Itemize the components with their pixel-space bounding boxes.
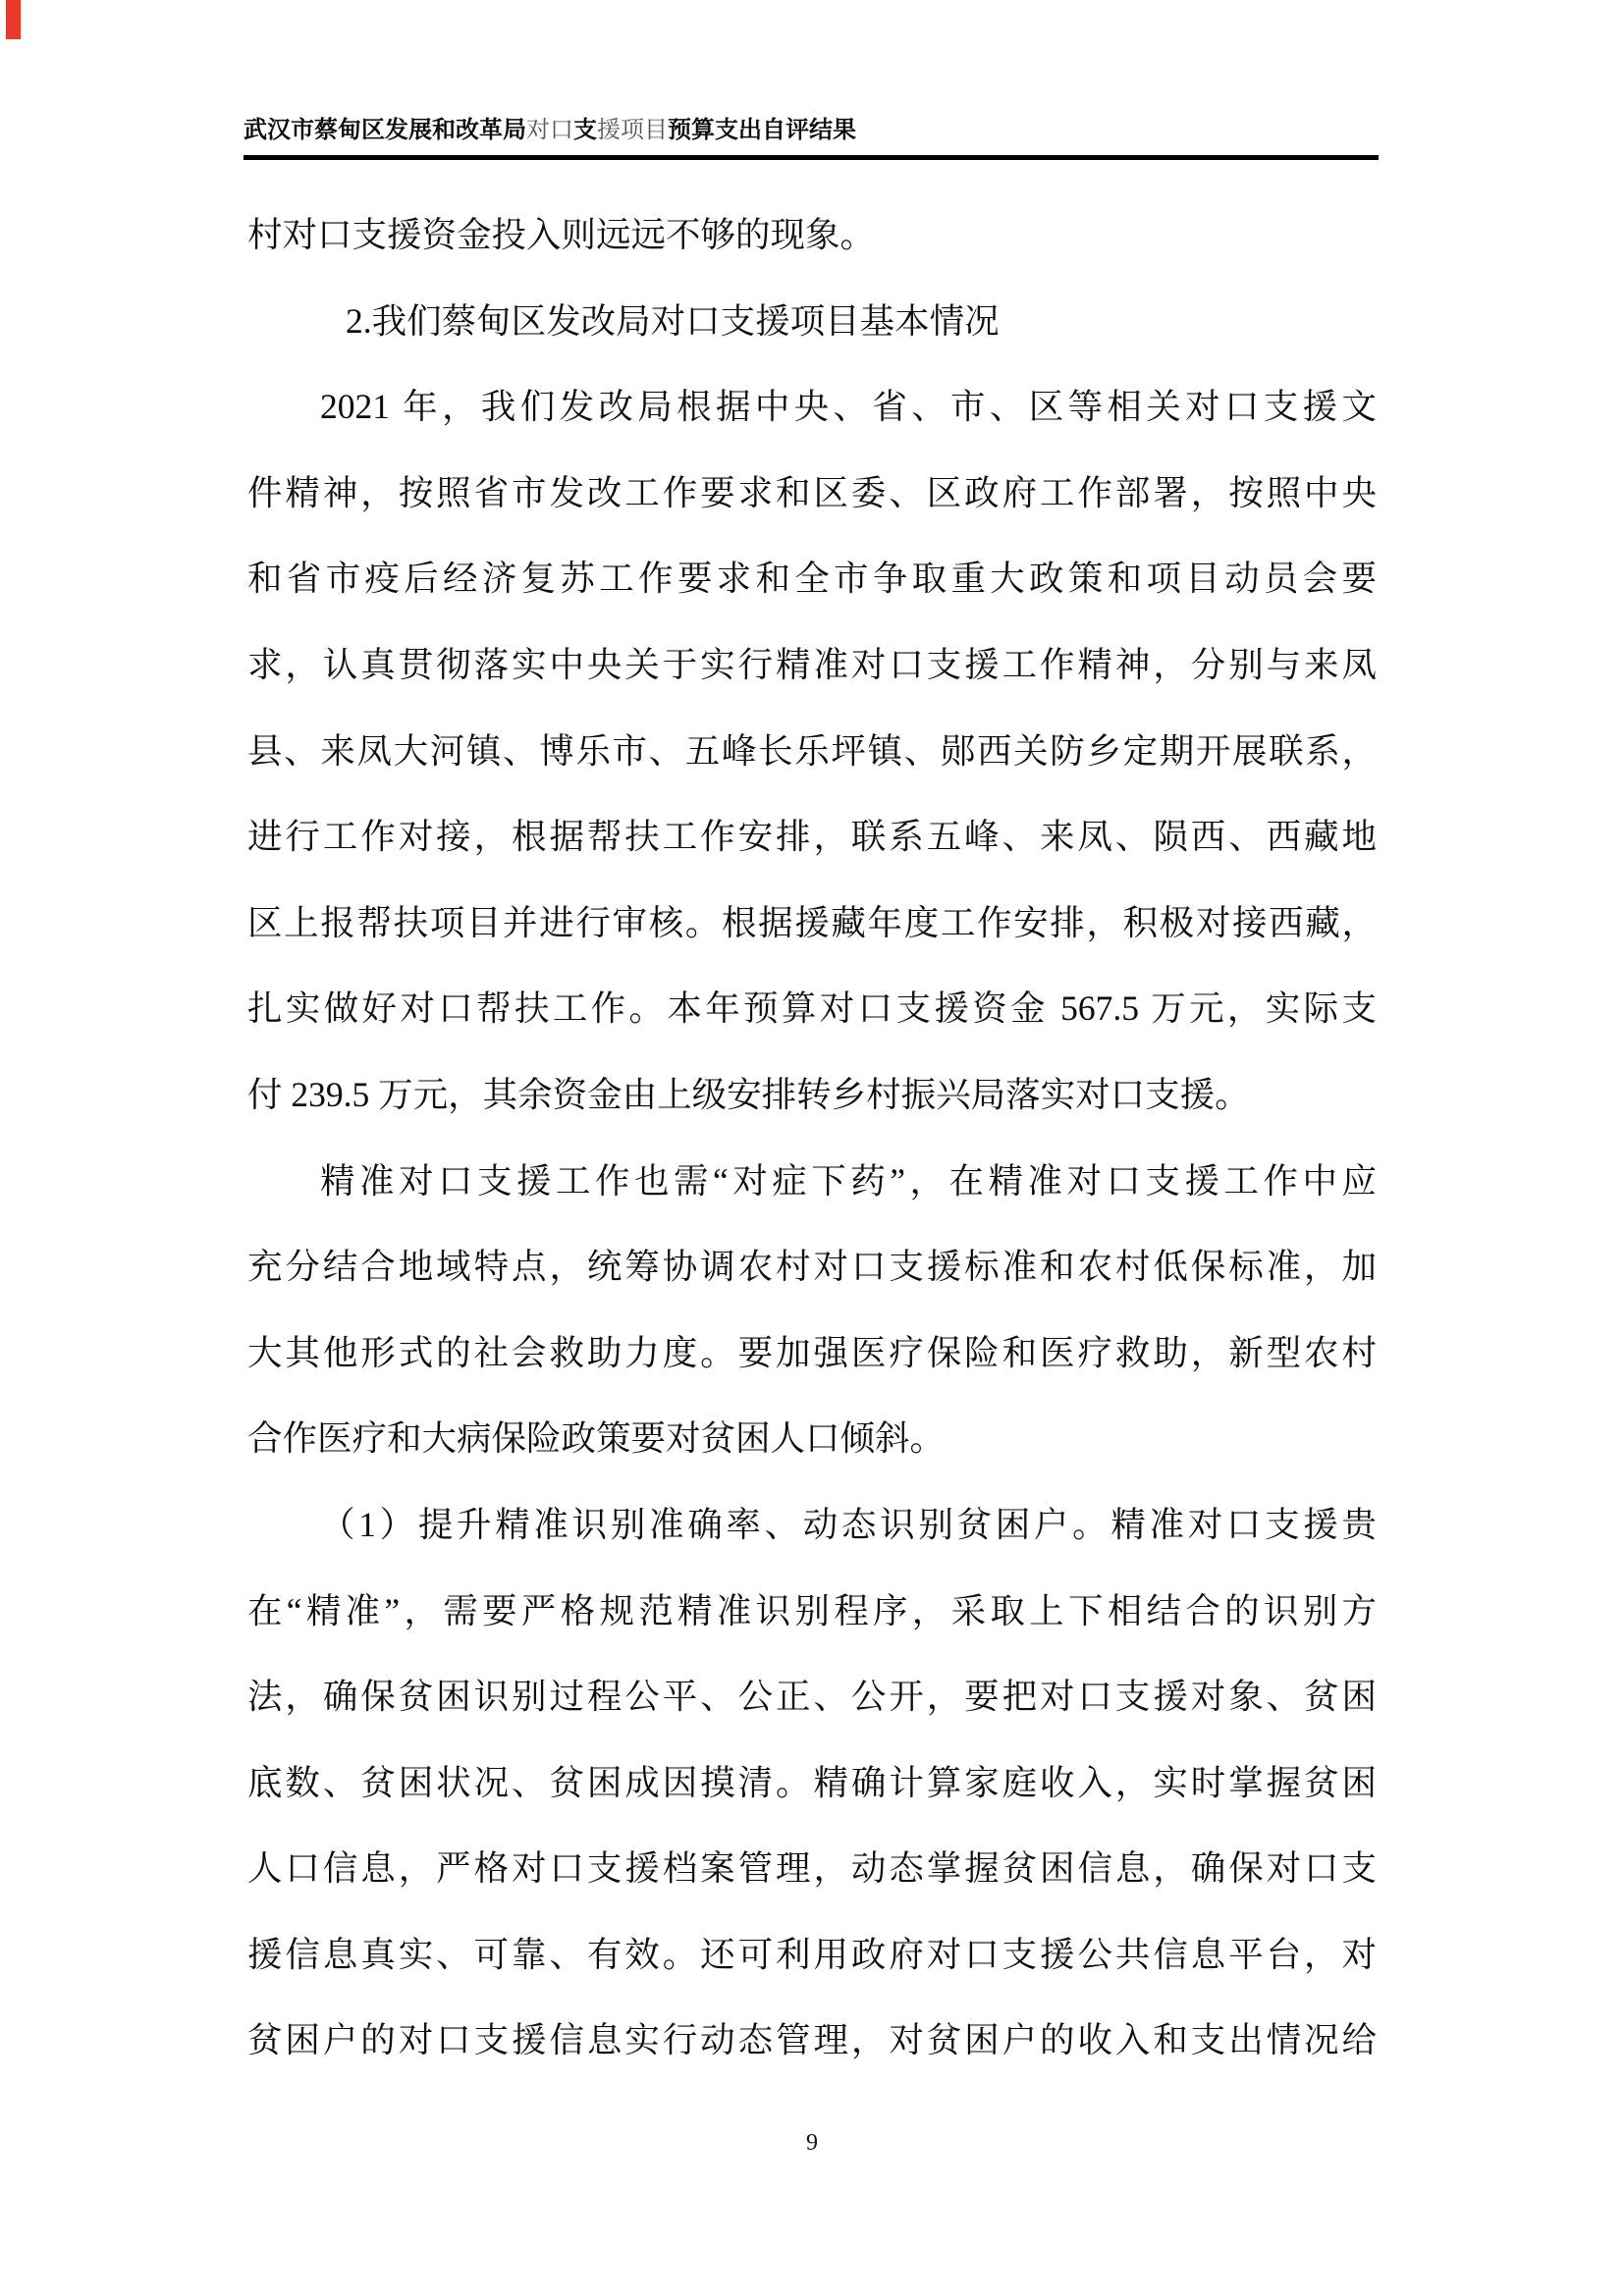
body-line: 扎实做好对口帮扶工作。本年预算对口支援资金 567.5 万元，实际支 bbox=[247, 966, 1377, 1052]
page: { "page": { "number": "9", "corner_mark_… bbox=[0, 0, 1624, 2296]
header-title: 武汉市蔡甸区发展和改革局对口支援项目预算支出自评结果 bbox=[244, 117, 856, 143]
corner-red-mark bbox=[6, 0, 21, 39]
body-line: 2.我们蔡甸区发改局对口支援项目基本情况 bbox=[247, 279, 1377, 365]
body-line: 大其他形式的社会救助力度。要加强医疗保险和医疗救助，新型农村 bbox=[247, 1310, 1377, 1397]
body-line: 精准对口支援工作也需“对症下药”，在精准对口支援工作中应 bbox=[247, 1139, 1377, 1225]
body-line: 合作医疗和大病保险政策要对贫困人口倾斜。 bbox=[247, 1396, 1377, 1482]
document-header: 武汉市蔡甸区发展和改革局对口支援项目预算支出自评结果 bbox=[244, 116, 1379, 160]
body-line: 法，确保贫困识别过程公平、公正、公开，要把对口支援对象、贫困 bbox=[247, 1654, 1377, 1740]
body-line: 贫困户的对口支援信息实行动态管理，对贫困户的收入和支出情况给 bbox=[247, 1998, 1377, 2084]
body-line: 区上报帮扶项目并进行审核。根据援藏年度工作安排，积极对接西藏， bbox=[247, 881, 1377, 967]
body-line: 在“精准”，需要严格规范精准识别程序，采取上下相结合的识别方 bbox=[247, 1569, 1377, 1655]
body-line: 充分结合地域特点，统筹协调农村对口支援标准和农村低保标准，加 bbox=[247, 1224, 1377, 1310]
body-line: 付 239.5 万元，其余资金由上级安排转乡村振兴局落实对口支援。 bbox=[247, 1052, 1377, 1139]
header-title-segment: 援项目 bbox=[597, 117, 668, 143]
header-title-segment: 武汉市蔡甸区发展和改革局 bbox=[244, 117, 526, 143]
body-line: 和省市疫后经济复苏工作要求和全市争取重大政策和项目动员会要 bbox=[247, 536, 1377, 622]
body-text: 村对口支援资金投入则远远不够的现象。2.我们蔡甸区发改局对口支援项目基本情况20… bbox=[247, 192, 1377, 2084]
body-line: 村对口支援资金投入则远远不够的现象。 bbox=[247, 192, 1377, 279]
body-line: 进行工作对接，根据帮扶工作安排，联系五峰、来凤、陨西、西藏地 bbox=[247, 794, 1377, 881]
header-title-segment: 对口 bbox=[526, 117, 573, 143]
body-line: 援信息真实、可靠、有效。还可利用政府对口支援公共信息平台，对 bbox=[247, 1912, 1377, 1999]
body-line: 2021 年，我们发改局根据中央、省、市、区等相关对口支援文 bbox=[247, 364, 1377, 451]
body-line: 求，认真贯彻落实中央关于实行精准对口支援工作精神，分别与来凤 bbox=[247, 622, 1377, 709]
header-title-segment: 预算支出自评结果 bbox=[668, 117, 856, 143]
body-line: 县、来凤大河镇、博乐市、五峰长乐坪镇、郧西关防乡定期开展联系， bbox=[247, 709, 1377, 795]
body-line: （1）提升精准识别准确率、动态识别贫困户。精准对口支援贵 bbox=[247, 1482, 1377, 1569]
body-line: 件精神，按照省市发改工作要求和区委、区政府工作部署，按照中央 bbox=[247, 451, 1377, 537]
page-number: 9 bbox=[0, 2130, 1624, 2156]
header-title-segment: 支 bbox=[573, 117, 597, 143]
body-line: 人口信息，严格对口支援档案管理，动态掌握贫困信息，确保对口支 bbox=[247, 1826, 1377, 1912]
body-line: 底数、贫困状况、贫困成因摸清。精确计算家庭收入，实时掌握贫困 bbox=[247, 1740, 1377, 1827]
